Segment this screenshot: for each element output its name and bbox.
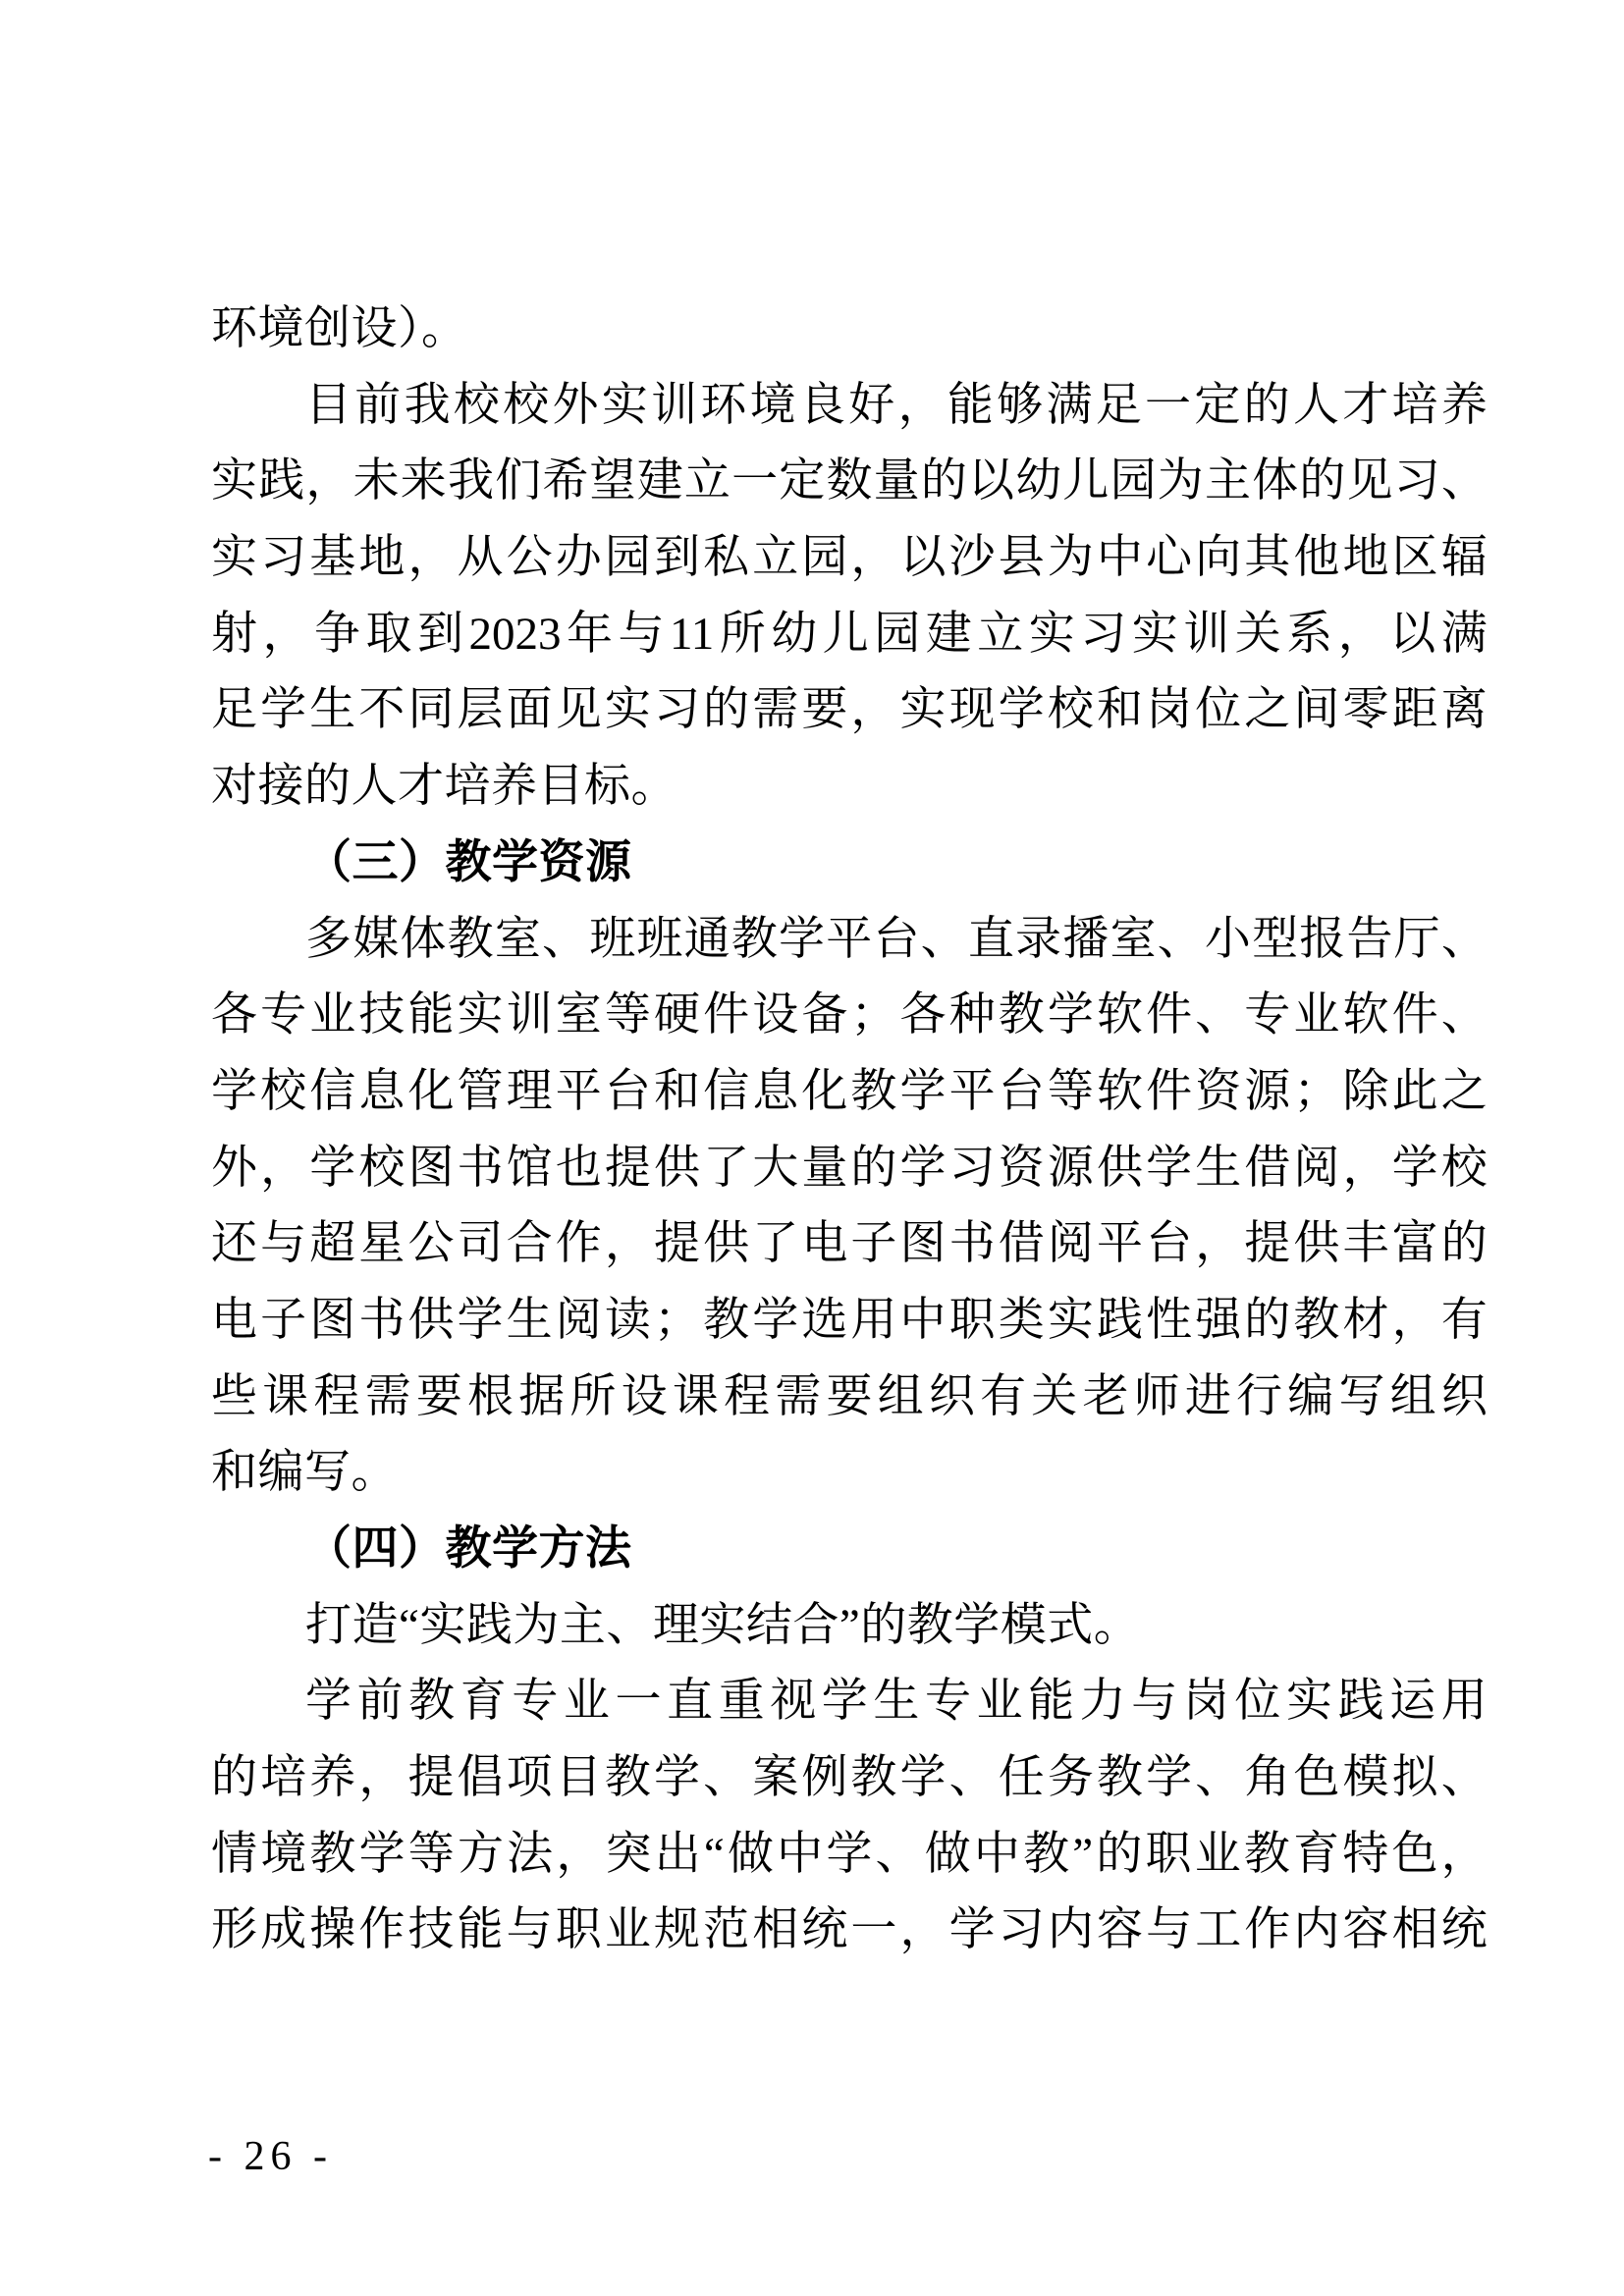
text-line: 各专业技能实训室等硬件设备；各种教学软件、专业软件、 bbox=[211, 978, 1488, 1054]
text-line: 多媒体教室、班班通教学平台、直录播室、小型报告厅、 bbox=[211, 902, 1488, 979]
text-line: 形成操作技能与职业规范相统一，学习内容与工作内容相统 bbox=[211, 1893, 1488, 1969]
text-line: 情境教学等方法，突出“做中学、做中教”的职业教育特色， bbox=[211, 1817, 1488, 1894]
text-line: 足学生不同层面见实习的需要，实现学校和岗位之间零距离 bbox=[211, 672, 1488, 749]
text-line: 射，争取到2023年与11所幼儿园建立实习实训关系，以满 bbox=[211, 597, 1488, 673]
text-line: 环境创设）。 bbox=[211, 292, 1488, 368]
text-line: 实践，未来我们希望建立一定数量的以幼儿园为主体的见习、 bbox=[211, 444, 1488, 520]
text-line: 对接的人才培养目标。 bbox=[211, 749, 1488, 826]
text-line: 的培养，提倡项目教学、案例教学、任务教学、角色模拟、 bbox=[211, 1740, 1488, 1817]
text-line: 些课程需要根据所设课程需要组织有关老师进行编写组织 bbox=[211, 1360, 1488, 1436]
text-line: 实习基地，从公办园到私立园，以沙县为中心向其他地区辐 bbox=[211, 520, 1488, 597]
text-line: 学前教育专业一直重视学生专业能力与岗位实践运用 bbox=[211, 1664, 1488, 1740]
section-heading: （四）教学方法 bbox=[211, 1512, 1488, 1588]
document-page: 环境创设）。目前我校校外实训环境良好，能够满足一定的人才培养实践，未来我们希望建… bbox=[0, 0, 1624, 2296]
text-line: 电子图书供学生阅读；教学选用中职类实践性强的教材，有 bbox=[211, 1283, 1488, 1360]
text-line: 打造“实践为主、理实结合”的教学模式。 bbox=[211, 1588, 1488, 1665]
text-line: 学校信息化管理平台和信息化教学平台等软件资源；除此之 bbox=[211, 1054, 1488, 1131]
page-number: - 26 - bbox=[208, 2132, 333, 2181]
text-line: 和编写。 bbox=[211, 1435, 1488, 1512]
text-line: 还与超星公司合作，提供了电子图书借阅平台，提供丰富的 bbox=[211, 1206, 1488, 1283]
text-line: 外，学校图书馆也提供了大量的学习资源供学生借阅，学校 bbox=[211, 1131, 1488, 1207]
section-heading: （三）教学资源 bbox=[211, 826, 1488, 902]
text-line: 目前我校校外实训环境良好，能够满足一定的人才培养 bbox=[211, 368, 1488, 445]
text-block: 环境创设）。目前我校校外实训环境良好，能够满足一定的人才培养实践，未来我们希望建… bbox=[211, 292, 1488, 1969]
